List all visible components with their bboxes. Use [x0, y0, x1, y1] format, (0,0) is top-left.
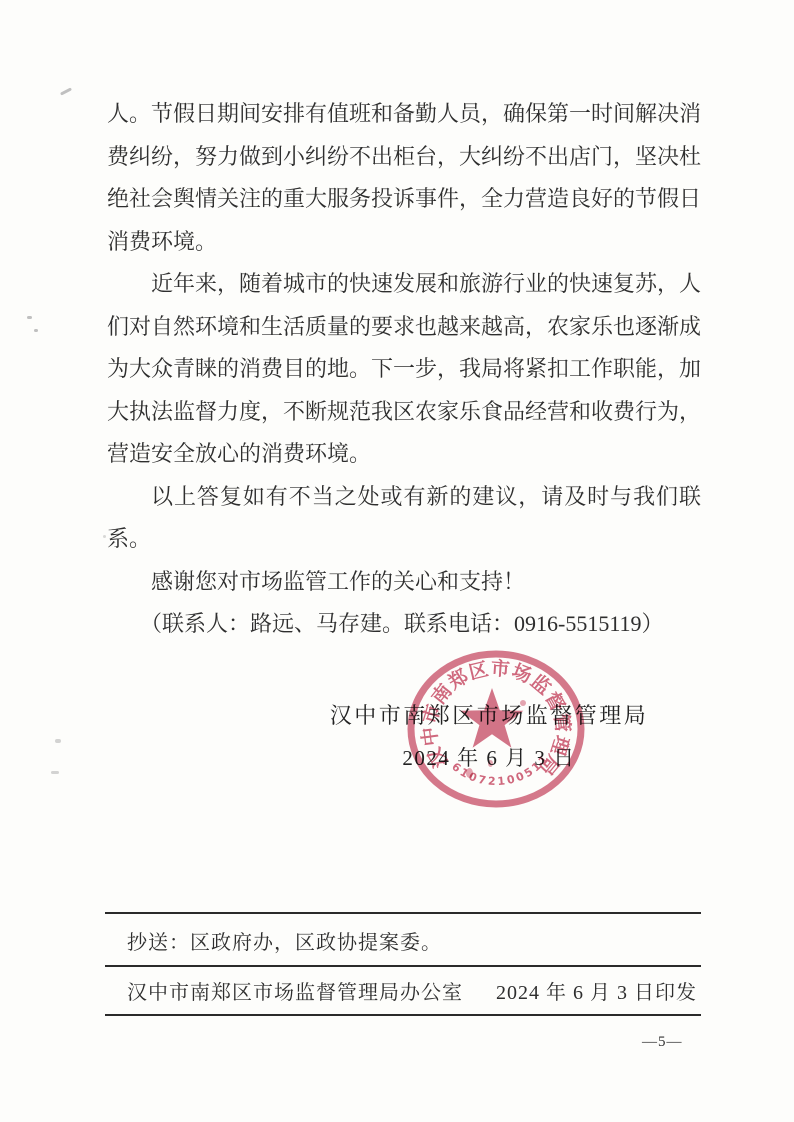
- body-line: 绝社会舆情关注的重大服务投诉事件，全力营造良好的节假日: [107, 178, 701, 221]
- body-line: 们对自然环境和生活质量的要求也越来越高，农家乐也逐渐成: [107, 306, 701, 349]
- scan-speck: [55, 739, 61, 743]
- footer-issue-line: 汉中市南郑区市场监督管理局办公室 2024 年 6 月 3 日印发: [105, 967, 701, 1014]
- body-line: 近年来，随着城市的快速发展和旅游行业的快速复苏，人: [107, 263, 701, 306]
- scan-speck: [27, 316, 32, 319]
- body-line: 为大众青睐的消费目的地。下一步，我局将紧扣工作职能，加: [107, 348, 701, 391]
- seal-ink-blot: [520, 700, 526, 706]
- scan-speck: [103, 535, 106, 538]
- footer: 抄送：区政府办，区政协提案委。 汉中市南郑区市场监督管理局办公室 2024 年 …: [105, 912, 701, 1016]
- page-number: —5—: [642, 1034, 683, 1051]
- body-line: 消费环境。: [107, 221, 701, 264]
- official-seal: 汉中市南郑区市场监督管理局 6107210051183: [400, 643, 592, 815]
- scan-speck: [34, 329, 38, 332]
- body-line: 感谢您对市场监管工作的关心和支持！: [107, 561, 701, 604]
- body-line: 人。节假日期间安排有值班和备勤人员，确保第一时间解决消: [107, 93, 701, 136]
- body-line: 系。: [107, 518, 701, 561]
- seal-ink-blot: [466, 768, 473, 778]
- body-line: 费纠纷，努力做到小纠纷不出柜台，大纠纷不出店门，坚决杜: [107, 136, 701, 179]
- seal-ink-blot: [488, 760, 493, 767]
- document-page: 人。节假日期间安排有值班和备勤人员，确保第一时间解决消 费纠纷，努力做到小纠纷不…: [0, 0, 794, 1122]
- body-line: 大执法监督力度，不断规范我区农家乐食品经营和收费行为，: [107, 391, 701, 434]
- scan-speck: [60, 87, 72, 95]
- footer-office: 汉中市南郑区市场监督管理局办公室: [127, 976, 463, 1005]
- body-line: （联系人：路远、马存建。联系电话：0916-5515119）: [107, 603, 701, 646]
- footer-cc-line: 抄送：区政府办，区政协提案委。: [105, 914, 701, 967]
- body-text: 人。节假日期间安排有值班和备勤人员，确保第一时间解决消 费纠纷，努力做到小纠纷不…: [107, 93, 701, 646]
- body-line: 营造安全放心的消费环境。: [107, 433, 701, 476]
- scan-speck: [51, 771, 59, 774]
- footer-print-date: 2024 年 6 月 3 日印发: [496, 976, 697, 1005]
- body-line: 以上答复如有不当之处或有新的建议，请及时与我们联: [107, 476, 701, 519]
- seal-star-icon: [461, 688, 524, 748]
